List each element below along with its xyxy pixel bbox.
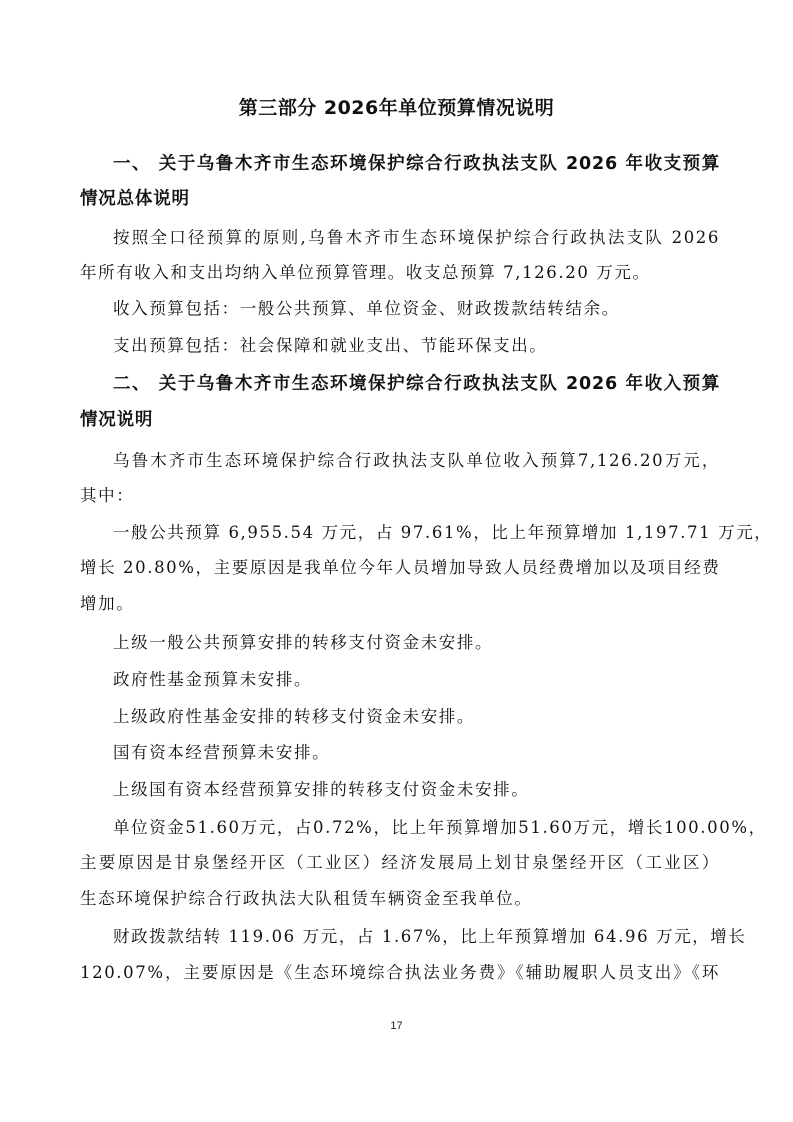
page-number: 17 <box>0 1020 793 1032</box>
paragraph-line: 增长 20.80%，主要原因是我单位今年人员增加导致人员经费增加以及项目经费 <box>80 556 720 580</box>
paragraph-line: 120.07%，主要原因是《生态环境综合执法业务费》《辅助履职人员支出》《环 <box>80 961 720 985</box>
paragraph-line: 乌鲁木齐市生态环境保护综合行政执法支队单位收入预算7,126.20万元， <box>113 449 720 473</box>
paragraph-line: 生态环境保护综合行政执法大队租赁车辆资金至我单位。 <box>80 887 720 911</box>
paragraph-line: 上级政府性基金安排的转移支付资金未安排。 <box>113 705 753 729</box>
paragraph-line: 单位资金51.60万元，占0.72%，比上年预算增加51.60万元，增长100.… <box>113 816 720 840</box>
paragraph-line: 财政拨款结转 119.06 万元，占 1.67%，比上年预算增加 64.96 万… <box>113 925 720 949</box>
section-2-heading-line-2: 情况说明 <box>80 408 720 432</box>
section-2-heading-line-1: 二、 关于乌鲁木齐市生态环境保护综合行政执法支队 2026 年收入预算 <box>113 372 720 396</box>
page-title: 第三部分 2026年单位预算情况说明 <box>0 93 793 120</box>
paragraph-line: 一般公共预算 6,955.54 万元，占 97.61%，比上年预算增加 1,19… <box>113 521 720 545</box>
paragraph-line: 上级一般公共预算安排的转移支付资金未安排。 <box>113 631 753 655</box>
paragraph-line: 国有资本经营预算未安排。 <box>113 741 753 765</box>
paragraph-line: 主要原因是甘泉堡经开区（工业区）经济发展局上划甘泉堡经开区（工业区） <box>80 851 720 875</box>
paragraph-line: 按照全口径预算的原则,乌鲁木齐市生态环境保护综合行政执法支队 2026 <box>113 226 720 250</box>
paragraph-line: 上级国有资本经营预算安排的转移支付资金未安排。 <box>113 778 753 802</box>
document-page: 第三部分 2026年单位预算情况说明 一、 关于乌鲁木齐市生态环境保护综合行政执… <box>0 0 793 1122</box>
section-1-heading-line-2: 情况总体说明 <box>80 187 720 211</box>
paragraph-line: 其中： <box>80 484 720 508</box>
paragraph-line: 政府性基金预算未安排。 <box>113 668 753 692</box>
paragraph-line: 增加。 <box>80 592 720 616</box>
paragraph-line: 支出预算包括：社会保障和就业支出、节能环保支出。 <box>113 334 753 358</box>
paragraph-line: 年所有收入和支出均纳入单位预算管理。收支总预算 7,126.20 万元。 <box>80 261 720 285</box>
paragraph-line: 收入预算包括：一般公共预算、单位资金、财政拨款结转结余。 <box>113 297 753 321</box>
section-1-heading-line-1: 一、 关于乌鲁木齐市生态环境保护综合行政执法支队 2026 年收支预算 <box>113 152 720 176</box>
